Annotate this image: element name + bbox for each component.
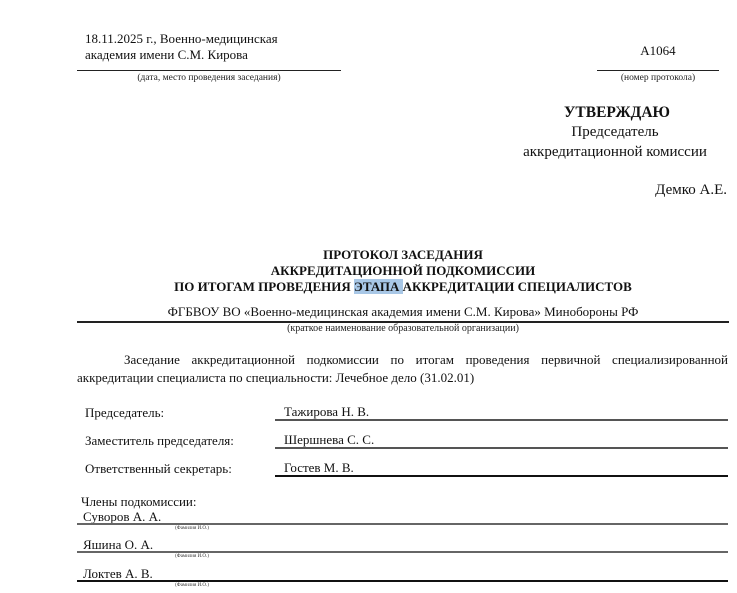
role-label-deputy-chairman: Заместитель председателя: <box>85 433 234 449</box>
title-line2: АККРЕДИТАЦИОННОЙ ПОДКОМИССИИ <box>77 263 729 279</box>
approval-position-line1: Председатель <box>500 122 730 142</box>
member-caption: (Фамилия И.О.) <box>172 583 212 589</box>
role-underline-deputy-chairman <box>275 447 728 449</box>
protocol-number-underline <box>597 70 719 71</box>
protocol-number: А1064 <box>597 43 719 59</box>
place-date-caption: (дата, место проведения заседания) <box>77 73 341 84</box>
organization-name: ФГБВОУ ВО «Военно-медицинская академия и… <box>77 304 729 320</box>
place-date-underline <box>77 70 341 71</box>
organization-caption: (краткое наименование образовательной ор… <box>77 323 729 334</box>
members-heading: Члены подкомиссии: <box>81 494 197 510</box>
member-underline <box>77 580 728 582</box>
protocol-number-caption: (номер протокола) <box>597 73 719 84</box>
member-caption: (Фамилия И.О.) <box>172 554 212 560</box>
role-label-secretary: Ответственный секретарь: <box>85 461 232 477</box>
meeting-place-date: 18.11.2025 г., Военно-медицинская академ… <box>85 31 345 63</box>
approval-signatory-name: Демко А.Е. <box>655 181 727 199</box>
selected-text-highlight[interactable]: ЭТАПА <box>354 279 403 294</box>
member-caption: (Фамилия И.О.) <box>172 526 212 532</box>
approval-block: УТВЕРЖДАЮ Председатель аккредитационной … <box>500 103 730 162</box>
role-value-chairman: Тажирова Н. В. <box>284 404 369 420</box>
role-underline-secretary <box>275 475 728 477</box>
role-value-secretary: Гостев М. В. <box>284 460 354 476</box>
role-value-deputy-chairman: Шершнева С. С. <box>284 432 374 448</box>
meeting-place-date-line2: академия имени С.М. Кирова <box>85 47 345 63</box>
title-line3-start: ПО ИТОГАМ ПРОВЕДЕНИЯ <box>174 279 354 294</box>
approval-position-line2: аккредитационной комиссии <box>500 142 730 162</box>
role-label-chairman: Председатель: <box>85 405 164 421</box>
meeting-place-date-line1: 18.11.2025 г., Военно-медицинская <box>85 31 345 47</box>
approval-title: УТВЕРЖДАЮ <box>500 103 730 122</box>
title-line3: ПО ИТОГАМ ПРОВЕДЕНИЯ ЭТАПА АККРЕДИТАЦИИ … <box>77 279 729 295</box>
document-title: ПРОТОКОЛ ЗАСЕДАНИЯ АККРЕДИТАЦИОННОЙ ПОДК… <box>77 247 729 295</box>
title-line3-end: АККРЕДИТАЦИИ СПЕЦИАЛИСТОВ <box>403 279 632 294</box>
title-line1: ПРОТОКОЛ ЗАСЕДАНИЯ <box>77 247 729 263</box>
member-underline <box>77 551 728 553</box>
member-underline <box>77 523 728 525</box>
meeting-description: Заседание аккредитационной подкомиссии п… <box>77 351 728 386</box>
role-underline-chairman <box>275 419 728 421</box>
